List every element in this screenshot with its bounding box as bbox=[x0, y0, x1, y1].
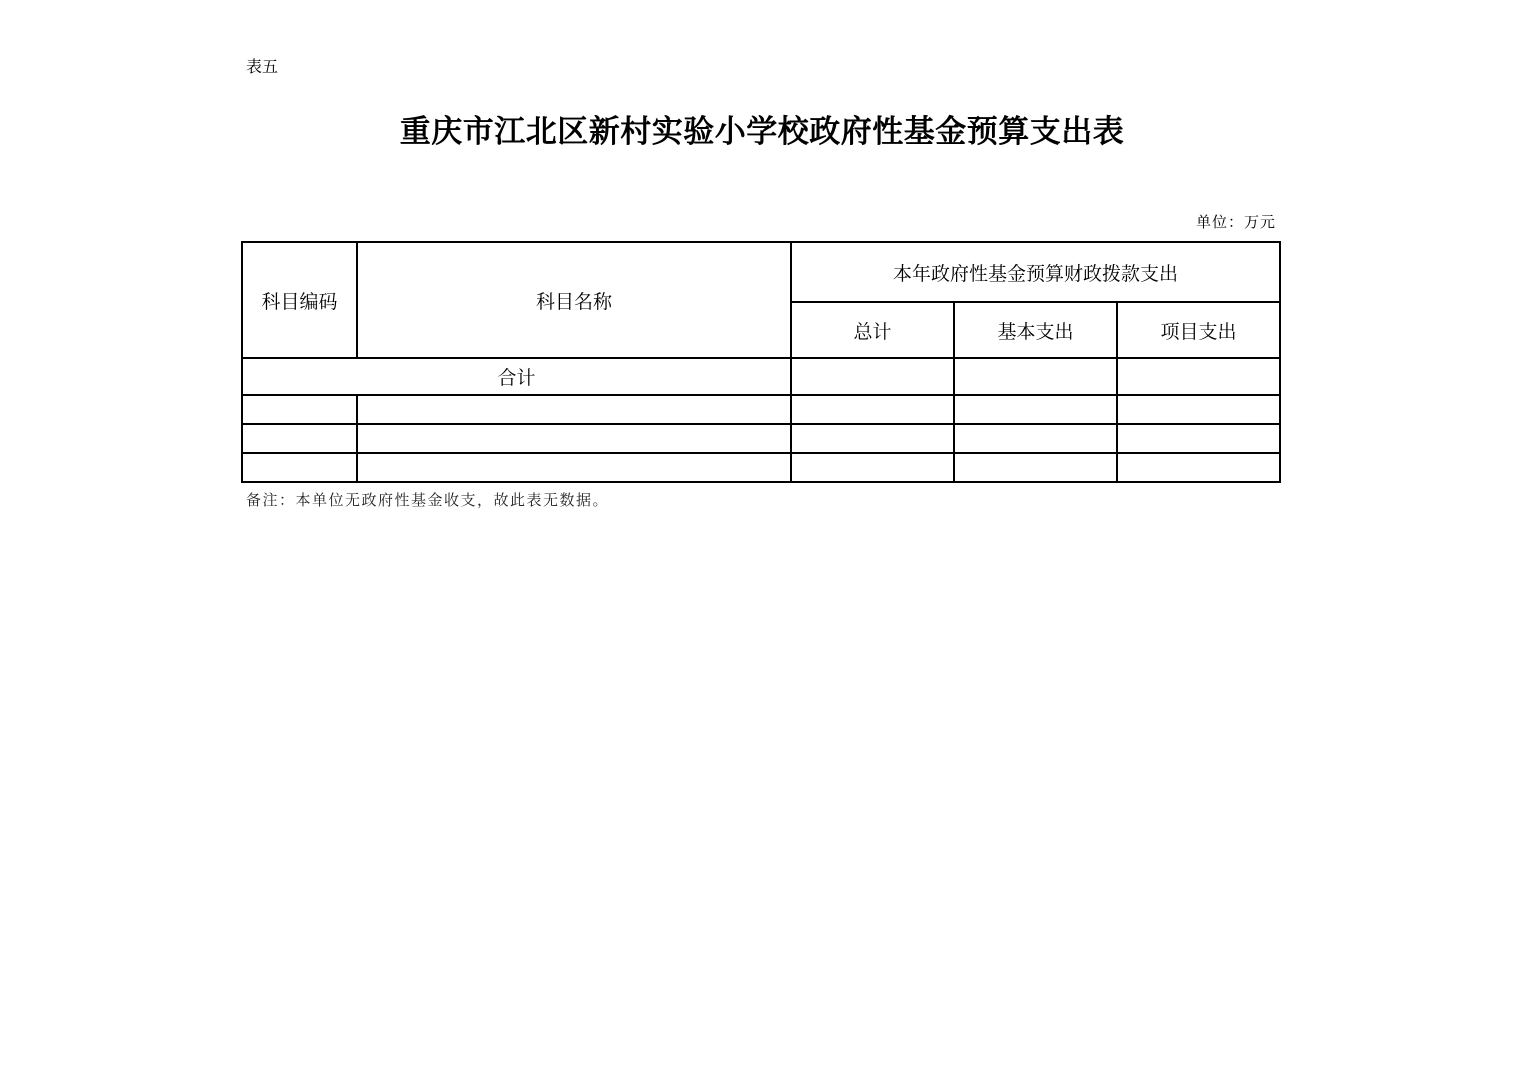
cell-name bbox=[357, 395, 791, 424]
cell-code bbox=[242, 453, 357, 482]
header-project: 项目支出 bbox=[1117, 302, 1280, 358]
cell-project bbox=[1117, 424, 1280, 453]
cell-name bbox=[357, 424, 791, 453]
cell-total bbox=[791, 395, 954, 424]
cell-code bbox=[242, 395, 357, 424]
unit-label: 单位：万元 bbox=[1196, 211, 1276, 232]
header-row-1: 科目编码 科目名称 本年政府性基金预算财政拨款支出 bbox=[242, 242, 1280, 302]
cell-code bbox=[242, 424, 357, 453]
total-cell-project bbox=[1117, 358, 1280, 395]
total-cell-total bbox=[791, 358, 954, 395]
table-row bbox=[242, 453, 1280, 482]
header-basic: 基本支出 bbox=[954, 302, 1117, 358]
cell-total bbox=[791, 453, 954, 482]
cell-project bbox=[1117, 453, 1280, 482]
total-label: 合计 bbox=[242, 358, 791, 395]
cell-project bbox=[1117, 395, 1280, 424]
cell-basic bbox=[954, 424, 1117, 453]
cell-name bbox=[357, 453, 791, 482]
footnote: 备注：本单位无政府性基金收支，故此表无数据。 bbox=[246, 489, 609, 510]
total-row: 合计 bbox=[242, 358, 1280, 395]
cell-basic bbox=[954, 453, 1117, 482]
table-row bbox=[242, 395, 1280, 424]
header-subject-code: 科目编码 bbox=[242, 242, 357, 358]
header-expenditure-group: 本年政府性基金预算财政拨款支出 bbox=[791, 242, 1280, 302]
total-cell-basic bbox=[954, 358, 1117, 395]
header-total: 总计 bbox=[791, 302, 954, 358]
budget-table: 科目编码 科目名称 本年政府性基金预算财政拨款支出 总计 基本支出 项目支出 合… bbox=[241, 241, 1281, 483]
cell-basic bbox=[954, 395, 1117, 424]
table-row bbox=[242, 424, 1280, 453]
document-title: 重庆市江北区新村实验小学校政府性基金预算支出表 bbox=[0, 106, 1520, 151]
header-subject-name: 科目名称 bbox=[357, 242, 791, 358]
cell-total bbox=[791, 424, 954, 453]
table-number: 表五 bbox=[246, 54, 278, 77]
